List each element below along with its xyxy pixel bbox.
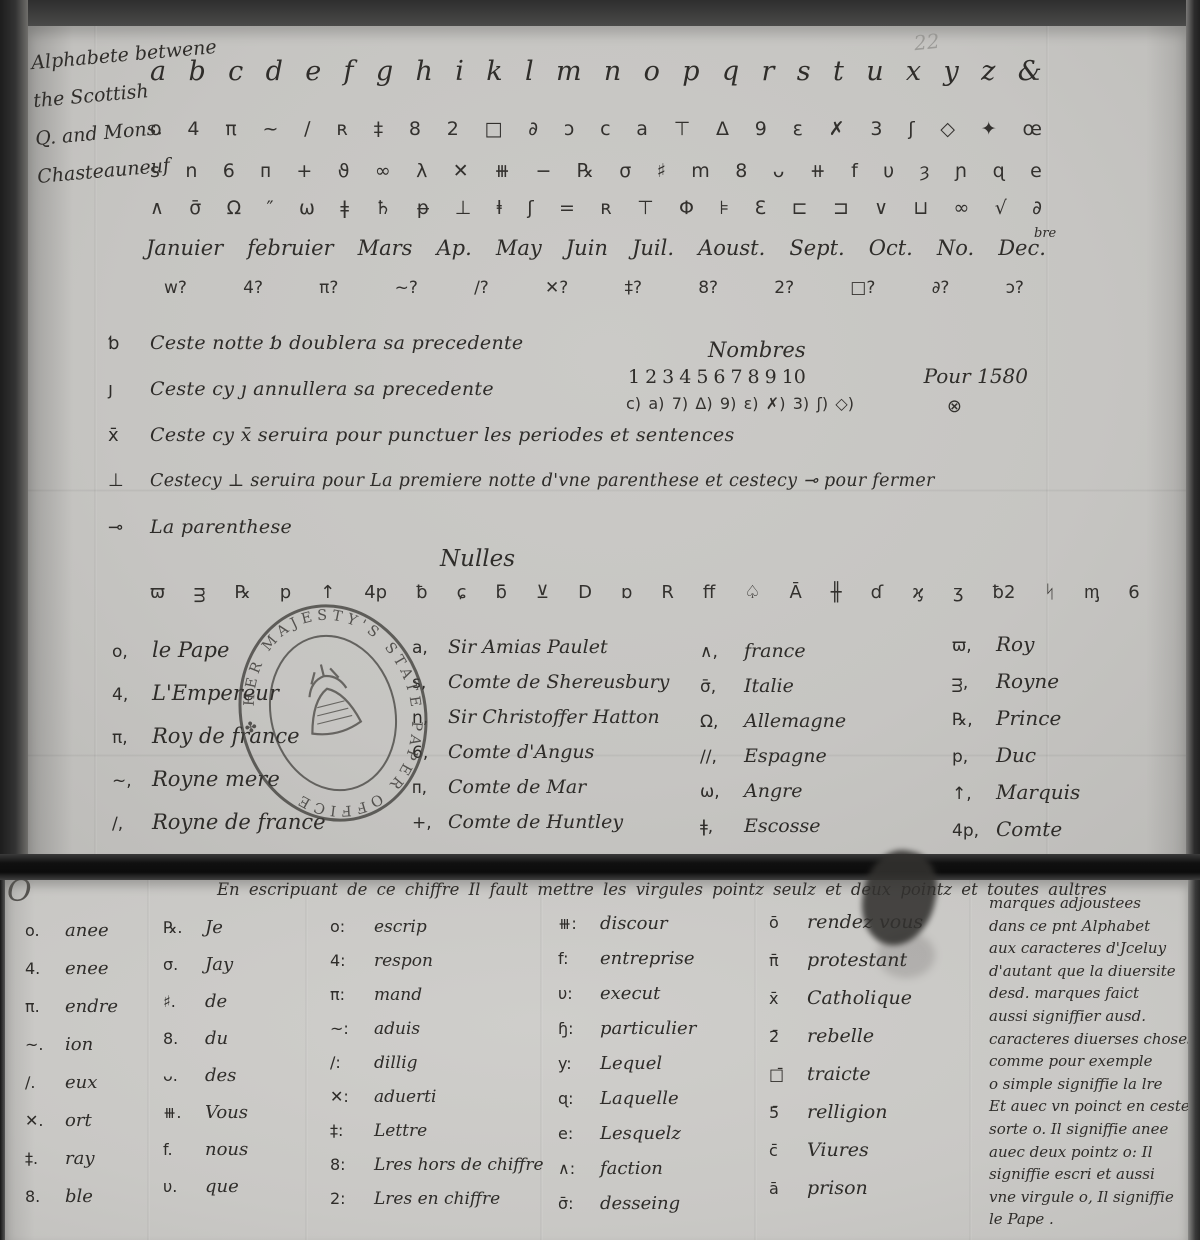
alphabet-letter: k bbox=[486, 56, 502, 87]
cipher-symbol: √ bbox=[995, 197, 1007, 219]
cipher-symbol: − bbox=[535, 160, 551, 182]
nulle-symbol: ♤ bbox=[744, 582, 760, 603]
month-cipher-symbol: 8? bbox=[698, 278, 718, 298]
digit: 8 bbox=[748, 366, 760, 388]
cipher-symbol: m bbox=[691, 160, 710, 182]
cipher-symbol: ∂ bbox=[528, 118, 538, 140]
month-cipher-symbol: ∂? bbox=[932, 278, 950, 298]
marginal-notes-paragraph: marques adjousteesdans ce pnt Alphabetau… bbox=[989, 892, 1200, 1231]
cipher-entry: ℞.Je bbox=[163, 917, 248, 954]
cipher-symbol: ∞ bbox=[954, 197, 970, 219]
digit-cipher-symbol: c) bbox=[626, 394, 641, 413]
cipher-entry: ✕.ort bbox=[25, 1110, 118, 1148]
cipher-symbol: ⧻ bbox=[494, 160, 510, 182]
cipher-symbol: ʃ bbox=[527, 197, 533, 219]
cipher-symbol: ɔ bbox=[564, 118, 574, 140]
cipher-entry: 8.du bbox=[163, 1028, 248, 1065]
cipher-symbol: o bbox=[150, 118, 162, 140]
cipher-symbol: □ bbox=[485, 118, 503, 140]
digit-cipher-symbol: ◇) bbox=[835, 394, 854, 413]
nombres-title: Nombres bbox=[708, 338, 1080, 362]
cipher-entry: υ:execut bbox=[558, 983, 696, 1018]
nulle-symbol: ɗ bbox=[871, 582, 884, 603]
cipher-entry: o:escrip bbox=[330, 917, 544, 951]
scan-left-border bbox=[0, 0, 28, 856]
cipher-symbol: a bbox=[636, 118, 648, 140]
cipher-entry: 4.enee bbox=[25, 958, 118, 996]
alphabet-letter: s bbox=[797, 56, 811, 87]
alphabet-letter: h bbox=[416, 56, 433, 87]
note-line: dans ce pnt Alphabet bbox=[989, 915, 1200, 938]
cipher-symbol: ⊧ bbox=[719, 197, 729, 219]
cipher-symbol: ~ bbox=[262, 118, 278, 140]
endings-column: o.anee4.eneeπ.endre~.ion∕.eux✕.ort‡.ray8… bbox=[25, 920, 118, 1224]
cipher-symbol: ∧ bbox=[150, 197, 164, 219]
digit-cipher-symbol: ε) bbox=[744, 394, 759, 413]
cipher-symbol: ♄ bbox=[374, 197, 391, 219]
note-line: marques adjoustees bbox=[989, 892, 1200, 915]
alphabet-letter: o bbox=[644, 56, 660, 87]
digit: 10 bbox=[782, 366, 806, 388]
nulle-symbol: ﬀ bbox=[703, 582, 715, 603]
cipher-entry: ~:aduis bbox=[330, 1019, 544, 1053]
bottom-sheet: O En escripuant de ce chiffre Il fault m… bbox=[5, 880, 1188, 1240]
name-entry: s,Comte de Shereusbury bbox=[412, 671, 669, 706]
names-column-countries: ∧,franceσ̄,ItalieΩ,Allemagne∕∕,Espagneω,… bbox=[700, 640, 846, 850]
digit-cipher-symbol: a) bbox=[648, 394, 664, 413]
cipher-entry: 4:respon bbox=[330, 951, 544, 985]
seal-crown-icon bbox=[297, 658, 362, 738]
note-line: d'autant que la diuersite bbox=[989, 960, 1200, 983]
cipher-entry: 2:Lres en chiffre bbox=[330, 1189, 544, 1223]
month-name: Ap. bbox=[437, 236, 472, 260]
cipher-entry: ♯.de bbox=[163, 991, 248, 1028]
alphabet-letter: b bbox=[188, 56, 205, 87]
svg-text:✤ HER MAJESTY'S STATE PAPER OF: ✤ HER MAJESTY'S STATE PAPER OFFICE bbox=[220, 588, 446, 838]
month-cipher-symbol: ✕? bbox=[545, 278, 568, 298]
words-column: ⧻:discourf:entrepriseυ:executɧ:particuli… bbox=[558, 913, 696, 1228]
digit-cipher-symbol: 3) bbox=[793, 394, 809, 413]
cipher-symbol: ⧺ bbox=[810, 160, 826, 182]
month-cipher-symbol: ~? bbox=[395, 278, 418, 298]
cipher-symbol: ∞ bbox=[375, 160, 391, 182]
month-name: Mars bbox=[358, 236, 413, 260]
cipher-symbol: c bbox=[600, 118, 610, 140]
alphabet-letter: q bbox=[722, 56, 739, 87]
cipher-entry: f.nous bbox=[163, 1139, 248, 1176]
cipher-row-3: ∧σ̄Ω″ωǂ♄ᵽ⊥ⱡʃ=ʀ⊤Φ⊧Ɛ⊏⊐∨⊔∞√∂ bbox=[150, 197, 1042, 219]
names-column-titles: ϖ,Royᴟ,Royne℞,Princep,Duc↑,Marquis4p,Com… bbox=[952, 632, 1080, 854]
cipher-entry: f:entreprise bbox=[558, 948, 696, 983]
cipher-entry: x̄Catholique bbox=[769, 987, 923, 1025]
cipher-entry: ⧻.Vous bbox=[163, 1102, 248, 1139]
scan-right-border bbox=[1186, 0, 1200, 856]
alphabet-letter: l bbox=[525, 56, 534, 87]
cipher-symbol: f bbox=[851, 160, 858, 182]
cipher-symbol: ᵽ bbox=[417, 197, 430, 219]
digit-cipher-symbol: ʃ) bbox=[816, 394, 828, 413]
alphabet-letter: u bbox=[866, 56, 883, 87]
name-entry: a,Sir Amias Paulet bbox=[412, 636, 669, 671]
digit: 5 bbox=[696, 366, 708, 388]
nulle-symbol: ᴟ bbox=[194, 582, 205, 603]
cipher-symbol: ⊔ bbox=[913, 197, 928, 219]
nombres-block: Nombres 12345678910 c)a)7)Δ)9)ε)✗)3)ʃ)◇)… bbox=[620, 338, 1080, 413]
alphabet-letter: n bbox=[604, 56, 621, 87]
cipher-symbol: Ω bbox=[227, 197, 242, 219]
name-entry: σ̄,Italie bbox=[700, 675, 846, 710]
nulle-symbol: ɕ bbox=[457, 582, 467, 603]
digit: 4 bbox=[679, 366, 691, 388]
nulle-symbol: 6 bbox=[1128, 582, 1139, 603]
nulle-symbol: ᶆ bbox=[1084, 582, 1099, 603]
cipher-symbol: = bbox=[559, 197, 575, 219]
seal-ring-text: ✤ HER MAJESTY'S STATE PAPER OFFICE bbox=[220, 588, 446, 838]
alphabet-letter: & bbox=[1018, 56, 1042, 87]
cipher-symbol: σ̄ bbox=[189, 197, 201, 219]
month-cipher-symbol: 2? bbox=[774, 278, 794, 298]
cipher-entry: ~.ion bbox=[25, 1034, 118, 1072]
cipher-entry: ✕:aduerti bbox=[330, 1087, 544, 1121]
cipher-symbol: 4 bbox=[187, 118, 199, 140]
paper-crease bbox=[754, 880, 757, 1240]
digit: 7 bbox=[730, 366, 742, 388]
cipher-symbol: λ bbox=[416, 160, 427, 182]
pour-1580-symbol: ⊗ bbox=[947, 396, 962, 417]
alphabet-letter: g bbox=[376, 56, 393, 87]
cipher-symbol: 2 bbox=[447, 118, 459, 140]
nulle-symbol: ƃ bbox=[495, 582, 506, 603]
cipher-symbol: ʀ bbox=[336, 118, 347, 140]
cipher-symbol: ″ bbox=[267, 197, 274, 219]
cipher-entry: ɋ:Laquelle bbox=[558, 1088, 696, 1123]
digit-cipher-symbol: Δ) bbox=[695, 394, 712, 413]
cipher-symbol: Δ bbox=[716, 118, 729, 140]
cipher-entry: ∕:dillig bbox=[330, 1053, 544, 1087]
scan-bottom-left-border bbox=[0, 880, 5, 1240]
cipher-symbol: ♯ bbox=[657, 160, 666, 182]
cipher-rule: ⊸La parenthese bbox=[108, 516, 1088, 562]
cipher-symbol: ɋ bbox=[993, 160, 1005, 182]
nulles-title: Nulles bbox=[440, 546, 515, 572]
cipher-entry: □̄traicte bbox=[769, 1063, 923, 1101]
nulle-symbol: ╫ bbox=[831, 582, 842, 603]
cipher-symbol: ✗ bbox=[829, 118, 845, 140]
alphabet-letter: t bbox=[833, 56, 844, 87]
name-entry: ω,Angre bbox=[700, 780, 846, 815]
alphabet-letter: z bbox=[981, 56, 995, 87]
cipher-symbol: + bbox=[296, 160, 312, 182]
months-superscript: bre bbox=[1034, 226, 1056, 241]
cipher-entry: 8:Lres hors de chiffre bbox=[330, 1155, 544, 1189]
pronouns-column: ℞.Jeσ.Jay♯.de8.duᴗ.des⧻.Vousf.nousυ.que bbox=[163, 917, 248, 1213]
scan-bottom-right-border bbox=[1188, 880, 1200, 1240]
note-line: signiffie escri et aussi bbox=[989, 1163, 1200, 1186]
name-entry: ϖ,Roy bbox=[952, 632, 1080, 669]
digit: 3 bbox=[662, 366, 674, 388]
cipher-symbol: ∕ bbox=[304, 118, 310, 140]
nulle-symbol: ϖ bbox=[150, 582, 165, 603]
month-cipher-symbol: ∕? bbox=[474, 278, 489, 298]
cipher-symbol: Ɛ bbox=[755, 197, 767, 219]
nulle-symbol: ℞ bbox=[235, 582, 251, 603]
cipher-symbol: n bbox=[185, 160, 197, 182]
cipher-symbol: ◇ bbox=[940, 118, 955, 140]
name-entry: ǂ,Escosse bbox=[700, 815, 846, 850]
paper-crease bbox=[147, 880, 150, 1240]
month-symbols-row: w?4?π?~?∕?✕?‡?8?2?□?∂?ɔ? bbox=[164, 278, 1024, 298]
cipher-symbol: e bbox=[1030, 160, 1042, 182]
cipher-rule: ⊥Cestecy ⊥ seruira pour La premiere nott… bbox=[108, 470, 1088, 516]
cipher-entry: ⧻:discour bbox=[558, 913, 696, 948]
alphabet-letter: f bbox=[344, 56, 354, 87]
cipher-symbol: ⊥ bbox=[455, 197, 472, 219]
cipher-entry: o.anee bbox=[25, 920, 118, 958]
cipher-entry: y:Lequel bbox=[558, 1053, 696, 1088]
cipher-entry: π:mand bbox=[330, 985, 544, 1019]
nulle-symbol: D bbox=[578, 582, 592, 603]
nulle-symbol: R bbox=[661, 582, 674, 603]
cipher-symbol: ℞ bbox=[577, 160, 594, 182]
alphabet-letter: d bbox=[266, 56, 283, 87]
nombres-symbols-row: c)a)7)Δ)9)ε)✗)3)ʃ)◇) bbox=[626, 394, 854, 413]
cipher-symbol: s bbox=[150, 160, 160, 182]
cipher-symbol: ᴨ bbox=[260, 160, 271, 182]
cipher-entry: ∕.eux bbox=[25, 1072, 118, 1110]
cipher-entry: āprison bbox=[769, 1177, 923, 1215]
cipher-entry: 2̄rebelle bbox=[769, 1025, 923, 1063]
nulle-symbol: ϗ bbox=[912, 582, 924, 603]
month-name: Oct. bbox=[869, 236, 913, 260]
cipher-symbol: 8 bbox=[409, 118, 421, 140]
cipher-symbol: ⊐ bbox=[833, 197, 849, 219]
alphabet-letter: y bbox=[944, 56, 959, 87]
nombres-digits-row: 12345678910 bbox=[628, 366, 806, 388]
cipher-entry: ∧:faction bbox=[558, 1158, 696, 1193]
nulle-symbol: ⊻ bbox=[536, 582, 549, 603]
digit: 1 bbox=[628, 366, 640, 388]
note-line: desd. marques faict bbox=[989, 982, 1200, 1005]
cipher-symbol: ᴗ bbox=[773, 160, 785, 182]
verbs-column: o:escrip4:responπ:mand~:aduis∕:dillig✕:a… bbox=[330, 917, 544, 1223]
nulle-symbol: ᛋ bbox=[1044, 582, 1055, 603]
cipher-symbol: Φ bbox=[679, 197, 694, 219]
nulle-symbol: Ā bbox=[789, 582, 801, 603]
cipher-symbol: ʃ bbox=[908, 118, 914, 140]
cipher-entry: c̄Viures bbox=[769, 1139, 923, 1177]
month-cipher-symbol: w? bbox=[164, 278, 187, 298]
cipher-symbol: 6 bbox=[223, 160, 235, 182]
name-entry: +,Comte de Huntley bbox=[412, 811, 669, 846]
note-line: aussi signiffier ausd. bbox=[989, 1005, 1200, 1028]
cipher-entry: υ.que bbox=[163, 1176, 248, 1213]
page-number: 22 bbox=[913, 29, 941, 56]
name-entry: 4p,Comte bbox=[952, 817, 1080, 854]
nulle-symbol: ʒ bbox=[953, 582, 963, 603]
cipher-entry: 5̄relligion bbox=[769, 1101, 923, 1139]
month-name: No. bbox=[937, 236, 974, 260]
cipher-symbol: ϑ bbox=[338, 160, 350, 182]
alphabet-letter: m bbox=[556, 56, 582, 87]
alphabet-letter: x bbox=[906, 56, 921, 87]
scan-separator-band bbox=[0, 854, 1200, 880]
cipher-entry: ɧ:particulier bbox=[558, 1018, 696, 1053]
cipher-symbol: ⊤ bbox=[674, 118, 691, 140]
digit: 2 bbox=[645, 366, 657, 388]
cipher-symbol: ✦ bbox=[981, 118, 997, 140]
cipher-symbol: ɲ bbox=[955, 160, 967, 182]
months-row: JanuierfebruierMarsAp.MayJuinJuil.Aoust.… bbox=[146, 236, 1046, 260]
cipher-symbol: ǂ bbox=[340, 197, 349, 219]
paper-crease bbox=[969, 880, 972, 1240]
month-cipher-symbol: π? bbox=[319, 278, 338, 298]
cipher-symbol: ⊤ bbox=[637, 197, 654, 219]
digit: 9 bbox=[765, 366, 777, 388]
cipher-symbol: ⱡ bbox=[497, 197, 502, 219]
note-line: sorte o. Il signiffie anee bbox=[989, 1118, 1200, 1141]
cipher-symbol: 3 bbox=[870, 118, 882, 140]
digit-cipher-symbol: 9) bbox=[720, 394, 736, 413]
cipher-symbol: ʀ bbox=[600, 197, 611, 219]
nulle-symbol: ƀ2 bbox=[993, 582, 1016, 603]
note-line: le Pape . bbox=[989, 1208, 1200, 1231]
cipher-symbol: 9 bbox=[755, 118, 767, 140]
alphabet-letter: a bbox=[150, 56, 166, 87]
note-line: vne virgule o, Il signiffie bbox=[989, 1186, 1200, 1209]
digit: 6 bbox=[713, 366, 725, 388]
name-entry: p,Duc bbox=[952, 743, 1080, 780]
cipher-entry: ᴗ.des bbox=[163, 1065, 248, 1102]
name-entry: ℞,Prince bbox=[952, 706, 1080, 743]
month-name: May bbox=[496, 236, 542, 260]
cipher-symbol: ε bbox=[793, 118, 803, 140]
cipher-entry: 8.ble bbox=[25, 1186, 118, 1224]
name-entry: ᴟ,Royne bbox=[952, 669, 1080, 706]
cipher-symbol: ∂ bbox=[1032, 197, 1042, 219]
note-line: auec deux pointz o: Il bbox=[989, 1141, 1200, 1164]
month-name: februier bbox=[247, 236, 333, 260]
cipher-entry: ‡:Lettre bbox=[330, 1121, 544, 1155]
month-cipher-symbol: ɔ? bbox=[1006, 278, 1024, 298]
paper-crease bbox=[305, 880, 308, 1240]
month-name: Sept. bbox=[789, 236, 844, 260]
cipher-symbol: ✕ bbox=[453, 160, 469, 182]
cipher-symbol: œ bbox=[1022, 118, 1041, 140]
alphabet-letter: p bbox=[682, 56, 699, 87]
cipher-symbol: ‡ bbox=[374, 118, 384, 140]
cipher-symbol: 8 bbox=[735, 160, 747, 182]
top-sheet: Alphabete betwenethe ScottishQ. and Mons… bbox=[28, 26, 1186, 856]
name-entry: Ω,Allemagne bbox=[700, 710, 846, 745]
cipher-symbol: ⊏ bbox=[792, 197, 808, 219]
alphabet-letter: r bbox=[762, 56, 775, 87]
cipher-symbol: π bbox=[225, 118, 236, 140]
cipher-symbol: ω bbox=[299, 197, 315, 219]
month-cipher-symbol: 4? bbox=[243, 278, 263, 298]
alphabet-letter: i bbox=[455, 56, 464, 87]
scan-top-border bbox=[0, 0, 1200, 26]
note-line: aux caracteres d'Jceluy bbox=[989, 937, 1200, 960]
cipher-symbol: υ bbox=[883, 160, 894, 182]
pour-1580-label: Pour 1580 bbox=[924, 364, 1028, 388]
cipher-entry: e:Lesquelz bbox=[558, 1123, 696, 1158]
note-line: caracteres diuerses choses bbox=[989, 1028, 1200, 1051]
cipher-entry: ‡.ray bbox=[25, 1148, 118, 1186]
cipher-symbol: σ bbox=[619, 160, 631, 182]
cipher-symbol: ȝ bbox=[920, 160, 930, 182]
month-name: Januier bbox=[146, 236, 223, 260]
note-line: Et auec vn poinct en ceste bbox=[989, 1095, 1200, 1118]
name-entry: ↑,Marquis bbox=[952, 780, 1080, 817]
name-entry: ∧,france bbox=[700, 640, 846, 675]
month-name: Juil. bbox=[632, 236, 674, 260]
cipher-entry: π.endre bbox=[25, 996, 118, 1034]
alphabet-letters-row: abcdefghiklmnopqrstuxyz& bbox=[150, 56, 1042, 87]
cipher-symbol: ∨ bbox=[874, 197, 888, 219]
alphabet-letter: c bbox=[228, 56, 243, 87]
note-line: o simple signiffie la lre bbox=[989, 1073, 1200, 1096]
cipher-row-1: o4π~∕ʀ‡82□∂ɔca⊤Δ9ε✗3ʃ◇✦œ bbox=[150, 118, 1042, 140]
name-entry: ∕∕,Espagne bbox=[700, 745, 846, 780]
cipher-rule: x̄Ceste cy x̄ seruira pour punctuer les … bbox=[108, 424, 1088, 470]
cipher-entry: σ.Jay bbox=[163, 954, 248, 991]
note-line: comme pour exemple bbox=[989, 1050, 1200, 1073]
month-name: Aoust. bbox=[698, 236, 765, 260]
cipher-row-2: sn6ᴨ+ϑ∞λ✕⧻−℞σ♯m8ᴗ⧺fυȝɲɋe bbox=[150, 160, 1042, 182]
digit-cipher-symbol: ✗) bbox=[766, 394, 786, 413]
manuscript-scan: Alphabete betwenethe ScottishQ. and Mons… bbox=[0, 0, 1200, 1240]
month-cipher-symbol: ‡? bbox=[625, 278, 643, 298]
alphabet-letter: e bbox=[305, 56, 321, 87]
month-cipher-symbol: □? bbox=[850, 278, 875, 298]
nulle-symbol: ɒ bbox=[621, 582, 632, 603]
cipher-entry: σ̄:desseing bbox=[558, 1193, 696, 1228]
digit-cipher-symbol: 7) bbox=[672, 394, 688, 413]
month-name: Juin bbox=[566, 236, 608, 260]
